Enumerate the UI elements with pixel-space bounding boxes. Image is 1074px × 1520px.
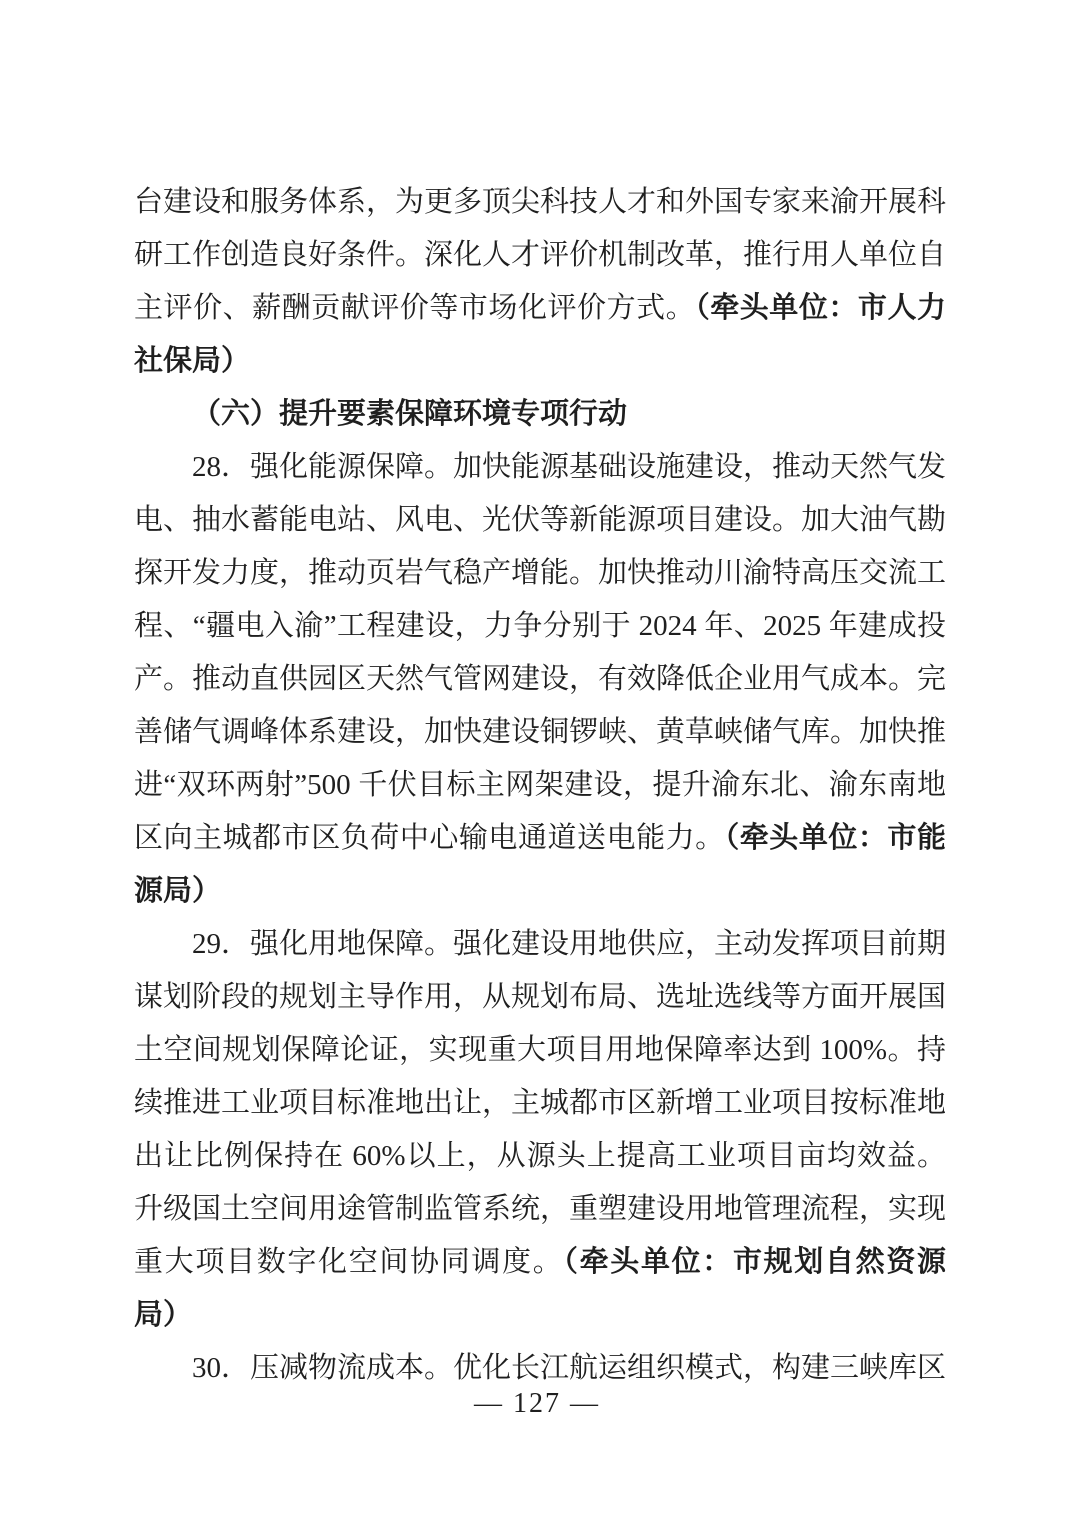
paragraph-continuation: 台建设和服务体系，为更多顶尖科技人才和外国专家来渝开展科研工作创造良好条件。深化…: [134, 176, 946, 388]
document-page: 台建设和服务体系，为更多顶尖科技人才和外国专家来渝开展科研工作创造良好条件。深化…: [0, 0, 1074, 1520]
paragraph-item-29: 29．强化用地保障。强化建设用地供应，主动发挥项目前期谋划阶段的规划主导作用，从…: [134, 918, 946, 1342]
page-number: — 127 —: [0, 1377, 1074, 1430]
section-heading: （六）提升要素保障环境专项行动: [134, 388, 946, 441]
paragraph-text: 28．强化能源保障。加快能源基础设施建设，推动天然气发电、抽水蓄能电站、风电、光…: [134, 451, 946, 854]
paragraph-item-28: 28．强化能源保障。加快能源基础设施建设，推动天然气发电、抽水蓄能电站、风电、光…: [134, 441, 946, 918]
paragraph-text: 29．强化用地保障。强化建设用地供应，主动发挥项目前期谋划阶段的规划主导作用，从…: [134, 928, 946, 1278]
